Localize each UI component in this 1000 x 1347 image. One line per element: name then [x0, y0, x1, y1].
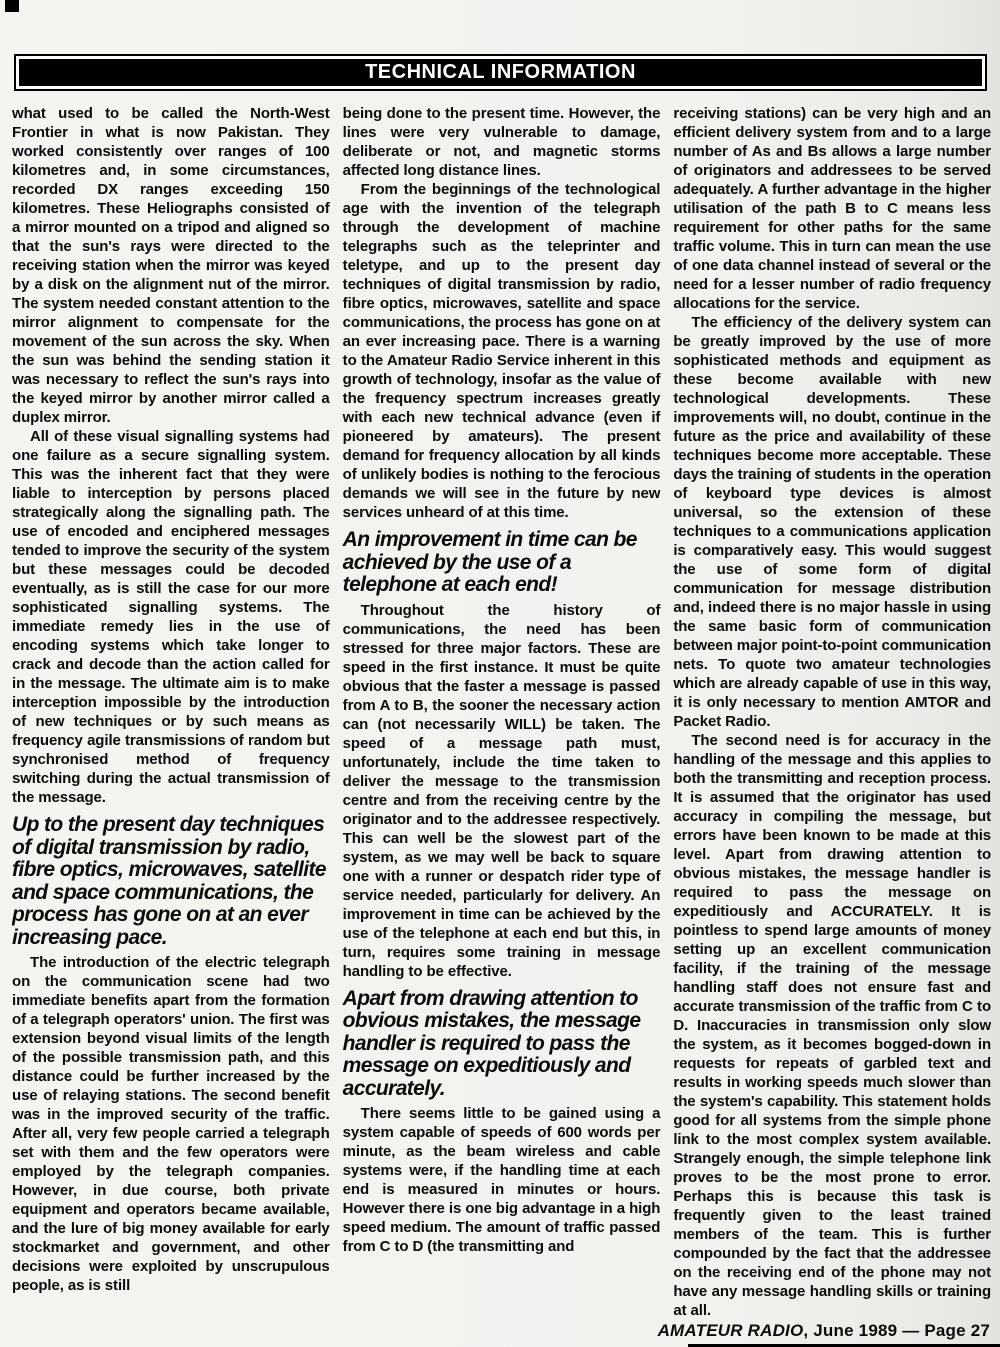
section-heading: Apart from drawing attention to obvious …	[343, 988, 661, 1101]
body-paragraph: The introduction of the electric telegra…	[12, 953, 330, 1295]
article-body: what used to be called the North-West Fr…	[12, 104, 991, 1323]
issue-and-page-number: , June 1989 — Page 27	[803, 1321, 990, 1340]
scan-artifact-mark	[5, 0, 19, 12]
magazine-title: AMATEUR RADIO	[658, 1321, 804, 1340]
section-banner-title: TECHNICAL INFORMATION	[19, 59, 982, 86]
magazine-page: TECHNICAL INFORMATION what used to be ca…	[0, 0, 1000, 1347]
body-paragraph: All of these visual signalling systems h…	[12, 427, 330, 807]
article-column-3: receiving stations) can be very high and…	[673, 104, 991, 1323]
article-column-1: what used to be called the North-West Fr…	[12, 104, 330, 1323]
section-heading: Up to the present day techniques of digi…	[12, 814, 330, 949]
body-paragraph: From the beginnings of the technological…	[343, 180, 661, 522]
body-paragraph: being done to the present time. However,…	[343, 104, 661, 180]
section-heading: An improvement in time can be achieved b…	[343, 529, 661, 597]
page-footer: AMATEUR RADIO, June 1989 — Page 27	[658, 1321, 990, 1341]
body-paragraph: The efficiency of the delivery system ca…	[673, 313, 991, 731]
body-paragraph: what used to be called the North-West Fr…	[12, 104, 330, 427]
body-paragraph: receiving stations) can be very high and…	[673, 104, 991, 313]
body-paragraph: Throughout the history of communications…	[343, 601, 661, 981]
section-banner: TECHNICAL INFORMATION	[14, 54, 987, 91]
body-paragraph: The second need is for accuracy in the h…	[673, 731, 991, 1320]
body-paragraph: There seems little to be gained using a …	[343, 1104, 661, 1256]
article-column-2: being done to the present time. However,…	[343, 104, 661, 1323]
